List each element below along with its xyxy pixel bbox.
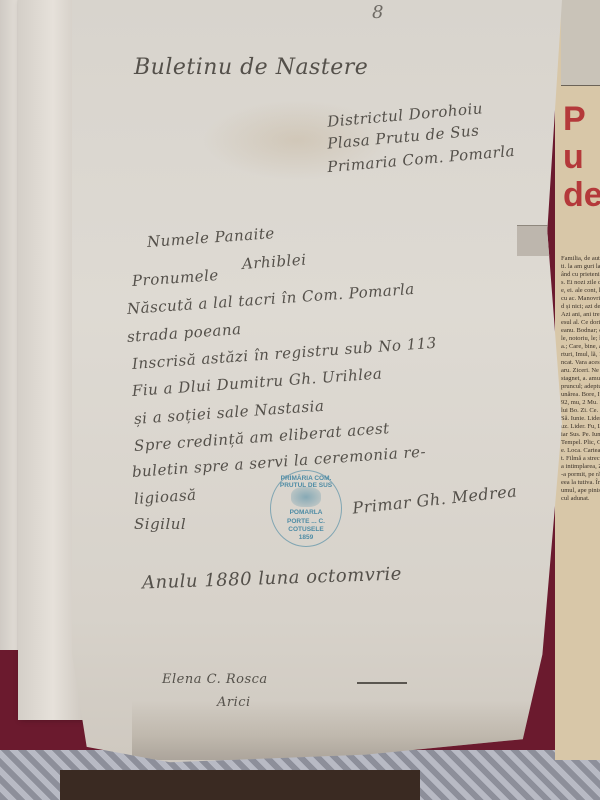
newspaper-headline: P u de xyxy=(563,100,600,214)
photo-scene: P u de Familia, de autori, că ști. la am… xyxy=(0,0,600,800)
newspaper-clipping: P u de Familia, de autori, că ști. la am… xyxy=(555,0,600,760)
stamp-line-2: PORTE ... C. xyxy=(271,518,341,525)
field-street: strada poeana xyxy=(126,320,242,346)
official-stamp: PRIMĂRIA COM. PRUTUL DE SUS POMARLA PORT… xyxy=(270,470,342,547)
ink-dash xyxy=(357,682,407,684)
wooden-surface xyxy=(60,770,420,800)
seal-label: Sigilul xyxy=(134,515,186,533)
newspaper-column-text: Familia, de autori, că ști. la am guri l… xyxy=(561,255,600,755)
newspaper-photo xyxy=(561,0,600,86)
field-mother: și a soției sale Nastasia xyxy=(133,397,325,428)
date-line: Anulu 1880 luna octomvrie xyxy=(142,563,402,593)
stamp-line-3: COTUSELE xyxy=(271,526,341,533)
attestation-line-3: ligioasă xyxy=(133,486,197,508)
mayor-signature: Primar Gh. Medrea xyxy=(351,481,518,517)
field-surname: Numele Panaite xyxy=(146,224,275,251)
page-number: 8 xyxy=(372,2,384,23)
field-given-name-label: Pronumele xyxy=(131,266,219,290)
stamp-line-1: POMARLA xyxy=(271,509,341,516)
birth-certificate-document: 8 Buletinu de Nastere Districtul Dorohoi… xyxy=(72,0,562,770)
document-title: Buletinu de Nastere xyxy=(134,55,368,80)
stamp-year: 1859 xyxy=(271,534,341,541)
signer-name-1: Elena C. Rosca xyxy=(162,672,268,687)
field-given-name: Arhiblei xyxy=(241,251,307,273)
stamp-emblem-icon xyxy=(291,487,321,507)
